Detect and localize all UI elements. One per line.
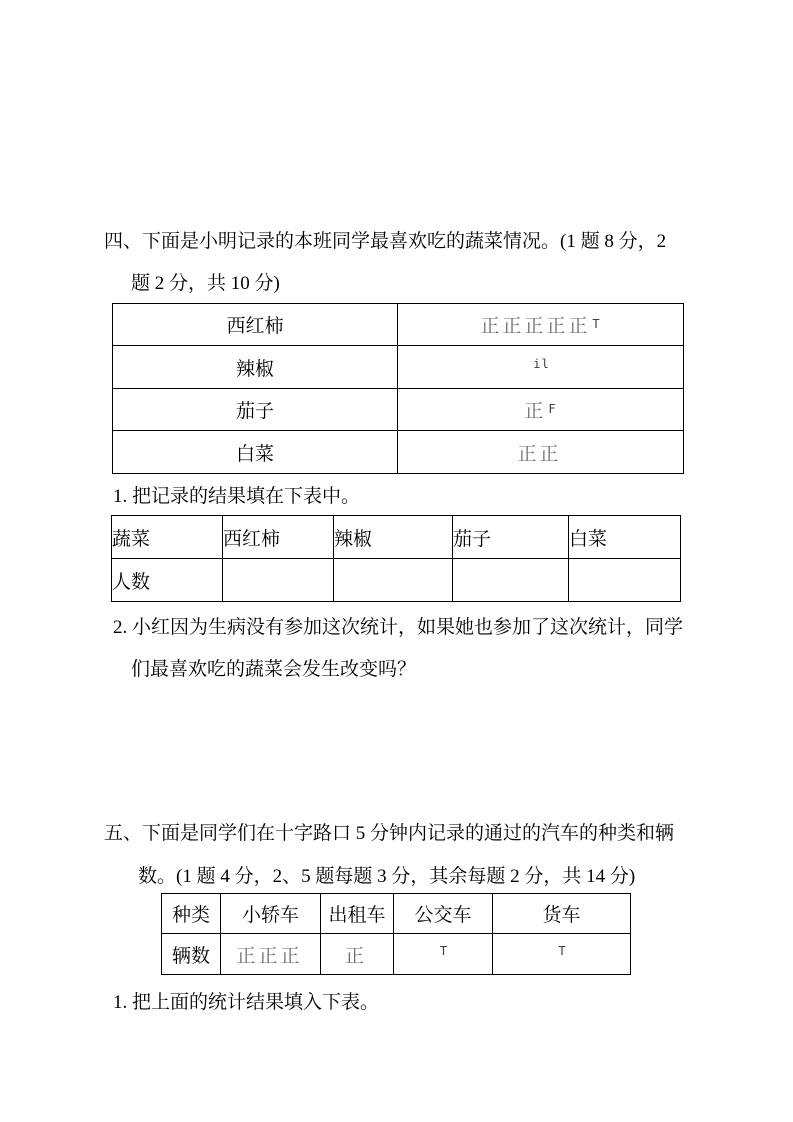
answer-cell — [569, 559, 681, 602]
car-category: 货车 — [493, 894, 631, 934]
question4-title-line2: 题 2 分，共 10 分) — [131, 273, 280, 295]
fill-table-header: 蔬菜 — [112, 516, 223, 559]
vegetable-label: 白菜 — [113, 431, 398, 474]
tally-partial-mark: F — [548, 402, 556, 416]
answer-cell — [453, 559, 569, 602]
car-table-row-label: 辆数 — [162, 934, 221, 975]
tally-cell: il — [398, 346, 684, 389]
question5-title-line1: 五、下面是同学们在十字路口 5 分钟内记录的通过的汽车的种类和辆 — [104, 823, 674, 845]
fill-table-header: 白菜 — [569, 516, 681, 559]
vegetable-label: 西红柿 — [113, 304, 398, 346]
tally-partial-mark: T — [558, 944, 566, 958]
fill-table-header: 辣椒 — [334, 516, 453, 559]
tally-marks: 正正 — [517, 444, 561, 465]
tally-cell: T — [394, 934, 493, 975]
car-category: 小轿车 — [221, 894, 321, 934]
fill-table-header: 茄子 — [453, 516, 569, 559]
tally-marks: 正 — [345, 946, 367, 967]
tally-marks: 正正正正正 — [480, 316, 590, 337]
vegetable-fill-table: 蔬菜 西红柿 辣椒 茄子 白菜 人数 — [111, 515, 681, 602]
car-table-corner-label: 种类 — [162, 894, 221, 934]
fill-table-row-label: 人数 — [112, 559, 223, 602]
car-category: 出租车 — [321, 894, 394, 934]
tally-cell: 正正正正正T — [398, 304, 684, 346]
vegetable-tally-table: 西红柿 正正正正正T 辣椒 il 茄子 正F 白菜 正正 — [112, 303, 684, 474]
vegetable-label: 辣椒 — [113, 346, 398, 389]
tally-cell: 正F — [398, 389, 684, 431]
question4-title-line1: 四、下面是小明记录的本班同学最喜欢吃的蔬菜情况。(1 题 8 分，2 — [104, 231, 666, 253]
vegetable-label: 茄子 — [113, 389, 398, 431]
answer-cell — [334, 559, 453, 602]
tally-cell: 正 — [321, 934, 394, 975]
car-category: 公交车 — [394, 894, 493, 934]
question5-sub1: 1. 把上面的统计结果填入下表。 — [113, 992, 379, 1014]
tally-partial-mark: T — [592, 317, 600, 331]
tally-cell: 正正 — [398, 431, 684, 474]
tally-marks: 正 — [524, 401, 546, 422]
question4-sub1: 1. 把记录的结果填在下表中。 — [113, 486, 360, 508]
question4-sub2-line1: 2. 小红因为生病没有参加这次统计，如果她也参加了这次统计，同学 — [113, 617, 683, 639]
question5-title-line2: 数。(1 题 4 分，2、5 题每题 3 分，其余每题 2 分，共 14 分) — [138, 866, 635, 888]
fill-table-header: 西红柿 — [223, 516, 334, 559]
tally-cell: T — [493, 934, 631, 975]
tally-marks: 正正正 — [236, 946, 302, 967]
tally-partial-mark: T — [440, 944, 448, 958]
tally-partial-mark: il — [533, 357, 549, 371]
car-count-table: 种类 小轿车 出租车 公交车 货车 辆数 正正正 正 T T — [161, 893, 631, 975]
question4-sub2-line2: 们最喜欢吃的蔬菜会发生改变吗？ — [131, 659, 416, 681]
worksheet-page: 四、下面是小明记录的本班同学最喜欢吃的蔬菜情况。(1 题 8 分，2 题 2 分… — [0, 0, 793, 1122]
tally-cell: 正正正 — [221, 934, 321, 975]
answer-cell — [223, 559, 334, 602]
